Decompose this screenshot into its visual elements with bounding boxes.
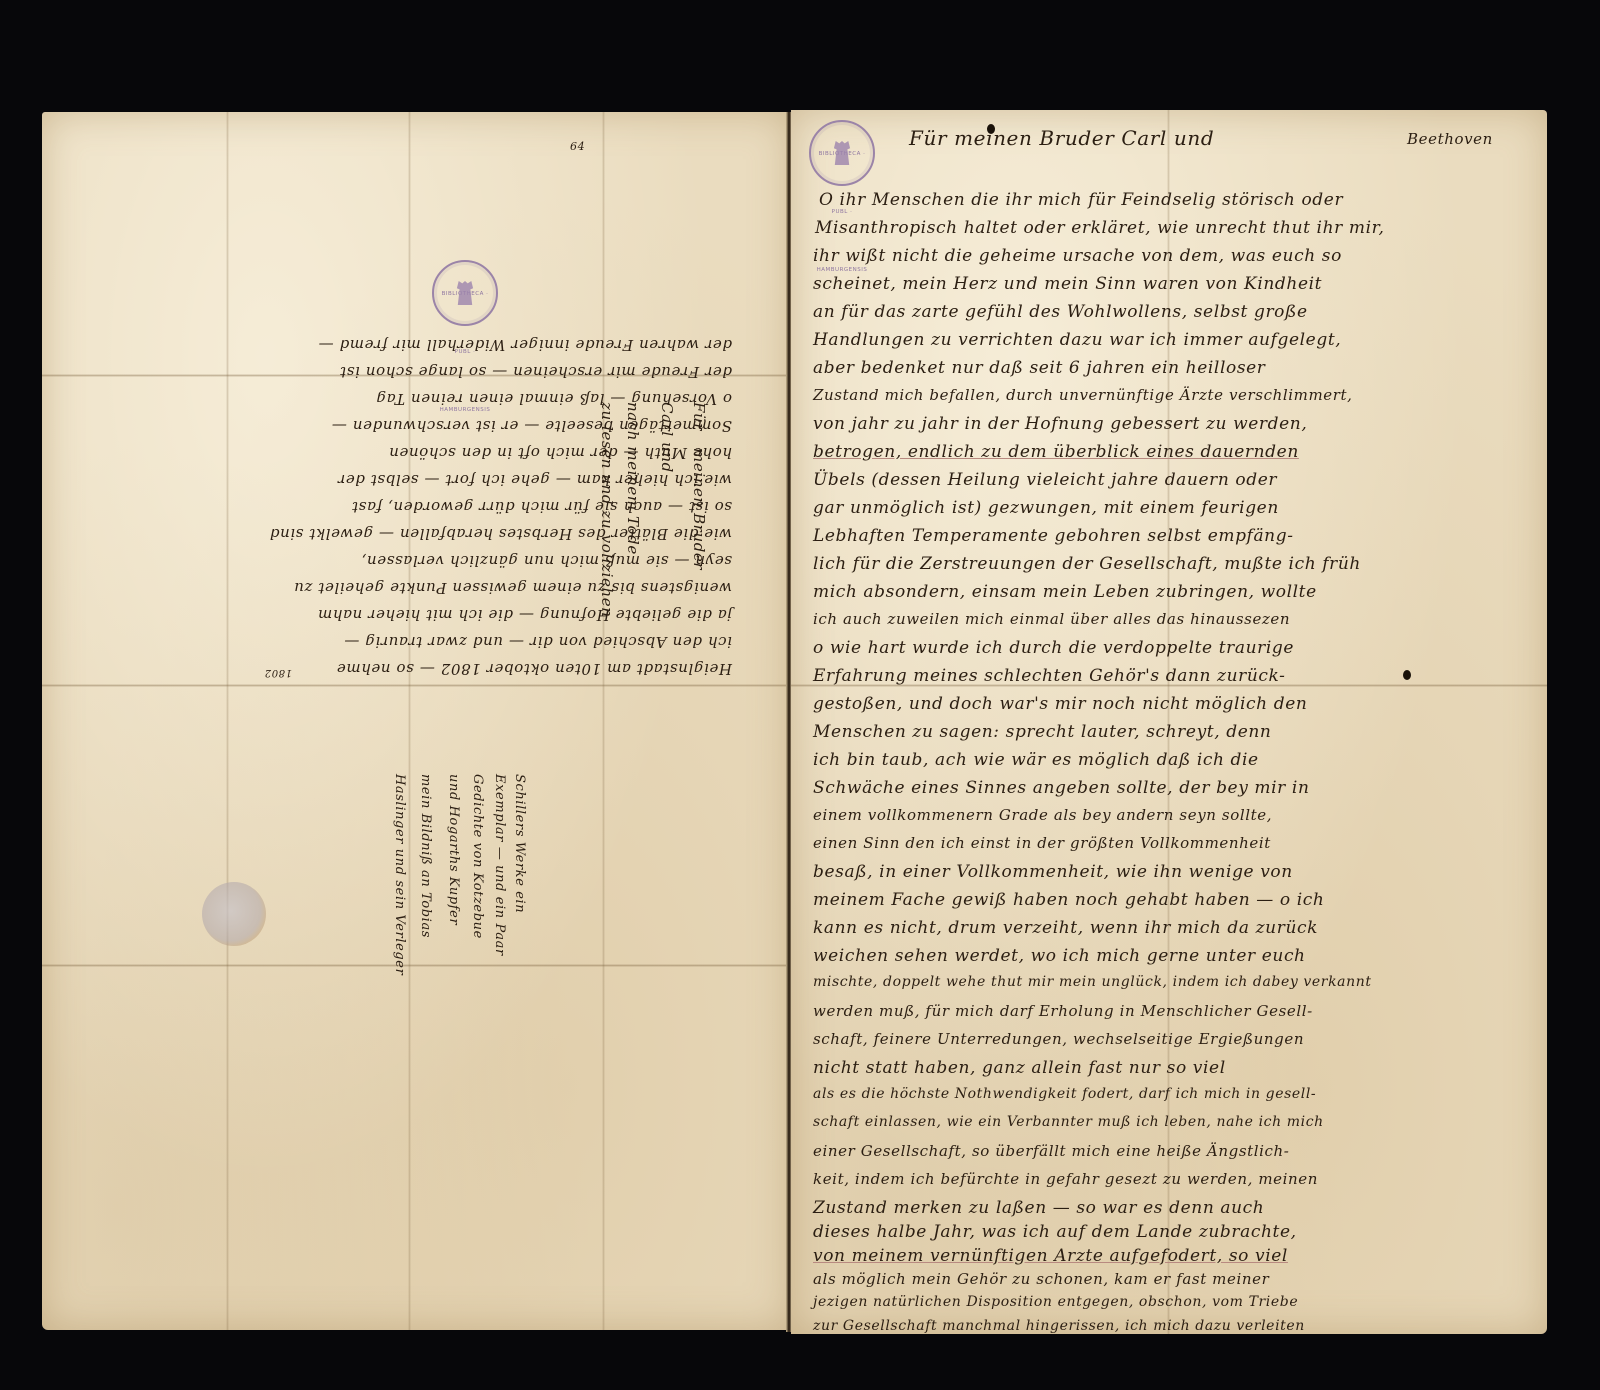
date-note: 1802 (264, 667, 292, 678)
note-line: und Hogarths Kupfer (446, 774, 461, 925)
text-line: nicht statt haben, ganz allein fast nur … (813, 1058, 1226, 1078)
text-line: betrogen, endlich zu dem überblick eines… (813, 442, 1299, 462)
text-line: schaft, feinere Unterredungen, wechselse… (813, 1030, 1304, 1048)
text-line: weichen sehen werdet, wo ich mich gerne … (813, 946, 1306, 966)
left-page: 64 BIBLIOTHECA · PUBL · HAMBURGENSIS Hei… (42, 112, 790, 1330)
ink-blot (987, 124, 995, 134)
note-line: Schillers Werke ein (512, 774, 527, 913)
address-line: Carl und (658, 402, 676, 473)
fold-line-horizontal (42, 684, 790, 687)
text-line: keit, indem ich befürchte in gefahr gese… (813, 1170, 1318, 1188)
library-stamp: BIBLIOTHECA · PUBL · HAMBURGENSIS (432, 260, 498, 326)
postscript-line: Heiglnstadt am 10ten oktober 1802 — so n… (82, 660, 732, 678)
text-line: von jahr zu jahr in der Hofnung gebesser… (813, 414, 1307, 434)
postscript-line: der Freude mir erscheinen — so lange sch… (82, 363, 732, 381)
text-line: von meinem vernünftigen Arzte aufgefoder… (813, 1246, 1288, 1266)
text-line: aber bedenket nur daß seit 6 jahren ein … (813, 358, 1266, 378)
text-line: als es die höchste Nothwendigkeit fodert… (813, 1086, 1316, 1102)
fold-line-vertical (408, 112, 411, 1330)
fold-line-vertical (226, 112, 229, 1330)
text-line: scheinet, mein Herz und mein Sinn waren … (813, 274, 1322, 294)
note-line: mein Bildniß an Tobias (418, 774, 433, 938)
postscript-line: der wahren Freude inniger Widerhall mir … (82, 336, 732, 354)
address-line: Für (690, 402, 708, 431)
text-line: jezigen natürlichen Disposition entgegen… (813, 1294, 1298, 1310)
note-line: Exemplar — und ein Paar (492, 774, 507, 956)
text-line: einen Sinn den ich einst in der größten … (813, 834, 1271, 852)
text-line: Lebhaften Temperamente gebohren selbst e… (813, 526, 1294, 546)
text-line: Zustand merken zu laßen — so war es denn… (813, 1198, 1264, 1218)
text-line: Zustand mich befallen, durch unvernünfti… (813, 386, 1353, 404)
postscript-line: ja die geliebte Hofnung — die ich mit hi… (82, 606, 732, 624)
text-line: besaß, in einer Vollkommenheit, wie ihn … (813, 862, 1293, 882)
postscript-line: ich den Abschied von dir — und zwar trau… (82, 633, 732, 651)
text-line: einer Gesellschaft, so überfällt mich ei… (813, 1142, 1289, 1160)
text-line: O ihr Menschen die ihr mich für Feindsel… (819, 190, 1343, 210)
text-line: ich bin taub, ach wie wär es möglich daß… (813, 750, 1259, 770)
text-line: Misanthropisch haltet oder erkläret, wie… (815, 218, 1385, 238)
text-line: gestoßen, und doch war's mir noch nicht … (813, 694, 1307, 714)
text-line: werden muß, für mich darf Erholung in Me… (813, 1002, 1313, 1020)
text-line: ich auch zuweilen mich einmal über alles… (813, 610, 1290, 628)
text-line: mischte, doppelt wehe thut mir mein ungl… (813, 974, 1372, 990)
note-line: Haslinger und sein Verleger (392, 774, 407, 975)
text-line: zur Gesellschaft manchmal hingerissen, i… (813, 1318, 1305, 1334)
fold-line-horizontal (42, 964, 790, 967)
text-line: Menschen zu sagen: sprecht lauter, schre… (813, 722, 1271, 742)
text-line: kann es nicht, drum verzeiht, wenn ihr m… (813, 918, 1318, 938)
text-line: einem vollkommenern Grade als bey andern… (813, 806, 1272, 824)
header-title: Für meinen Bruder Carl und (909, 126, 1214, 150)
text-line: schaft einlassen, wie ein Verbannter muß… (813, 1114, 1324, 1130)
postscript-line: wenigstens bis zu einem gewissen Punkte … (82, 579, 732, 597)
text-line: meinem Fache gewiß haben noch gehabt hab… (813, 890, 1324, 910)
text-line: Erfahrung meines schlechten Gehör's dann… (813, 666, 1286, 686)
address-line: zu lesen und zu vollziehen (598, 402, 616, 618)
text-line: lich für die Zerstreuungen der Gesellsch… (813, 554, 1361, 574)
text-line: Übels (dessen Heilung vieleicht jahre da… (813, 470, 1277, 490)
library-stamp: BIBLIOTHECA · PUBL · HAMBURGENSIS (809, 120, 875, 186)
fold-line-vertical (602, 112, 605, 1330)
wax-seal-residue (202, 882, 266, 946)
text-line: als möglich mein Gehör zu schonen, kam e… (813, 1270, 1269, 1288)
header-name: Beethoven (1407, 130, 1493, 148)
text-line: Handlungen zu verrichten dazu war ich im… (813, 330, 1341, 350)
right-page: BIBLIOTHECA · PUBL · HAMBURGENSIS Für me… (791, 110, 1547, 1334)
address-line: nach meinem Tode (624, 402, 642, 555)
address-line: meinen Bruder (690, 448, 708, 570)
text-line: ihr wißt nicht die geheime ursache von d… (813, 246, 1342, 266)
page-number: 64 (570, 140, 585, 153)
text-line: mich absondern, einsam mein Leben zubrin… (813, 582, 1317, 602)
text-line: an für das zarte gefühl des Wohlwollens,… (813, 302, 1308, 322)
text-line: dieses halbe Jahr, was ich auf dem Lande… (813, 1222, 1297, 1242)
ink-blot (1403, 670, 1411, 680)
text-line: o wie hart wurde ich durch die verdoppel… (813, 638, 1294, 658)
note-line: Gedichte von Kotzebue (470, 774, 485, 939)
text-line: gar unmöglich ist) gezwungen, mit einem … (813, 498, 1279, 518)
text-line: Schwäche eines Sinnes angeben sollte, de… (813, 778, 1310, 798)
